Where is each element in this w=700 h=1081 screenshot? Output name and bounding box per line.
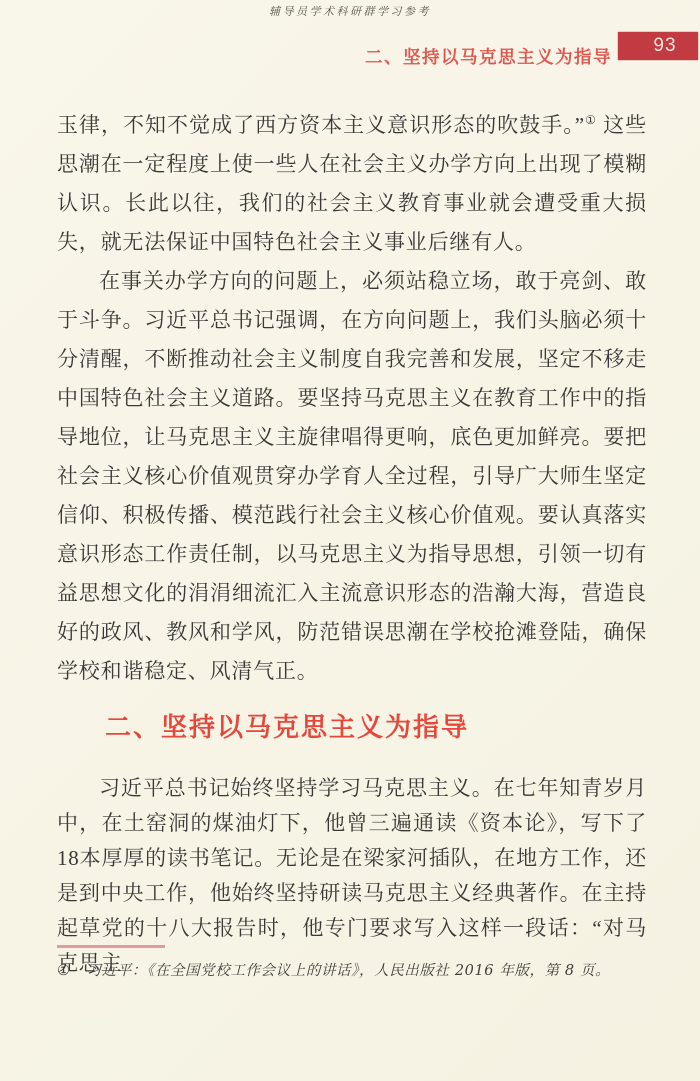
page-number: 93 (653, 35, 676, 57)
footnote-reference-mark: ① (585, 113, 597, 127)
paragraph-2: 在事关办学方向的问题上，必须站稳立场，敢于亮剑、敢于斗争。习近平总书记强调，在方… (57, 262, 647, 691)
paragraph-1-text: 玉律，不知不觉成了西方资本主义意识形态的吹鼓手。” (57, 113, 585, 137)
running-header-title: 二、坚持以马克思主义为指导 (365, 44, 612, 69)
footnote: ①习近平：《在全国党校工作会议上的讲话》，人民出版社 2016 年版，第 8 页… (57, 959, 647, 980)
footnote-text: 习近平：《在全国党校工作会议上的讲话》，人民出版社 2016 年版，第 8 页。 (87, 963, 611, 979)
footnote-area: ①习近平：《在全国党校工作会议上的讲话》，人民出版社 2016 年版，第 8 页… (57, 945, 647, 980)
paragraph-1: 玉律，不知不觉成了西方资本主义意识形态的吹鼓手。”① 这些思潮在一定程度上使一些… (57, 106, 647, 262)
footnote-separator-rule (57, 945, 165, 948)
section-heading: 二、坚持以马克思主义为指导 (105, 708, 647, 746)
footnote-marker: ① (57, 963, 71, 979)
book-page: 辅导员学术科研群学习参考 二、坚持以马克思主义为指导 93 玉律，不知不觉成了西… (0, 0, 700, 1081)
page-number-badge: 93 (618, 32, 698, 60)
watermark-text: 辅导员学术科研群学习参考 (0, 3, 700, 19)
body-text-block: 玉律，不知不觉成了西方资本主义意识形态的吹鼓手。”① 这些思潮在一定程度上使一些… (57, 106, 647, 981)
